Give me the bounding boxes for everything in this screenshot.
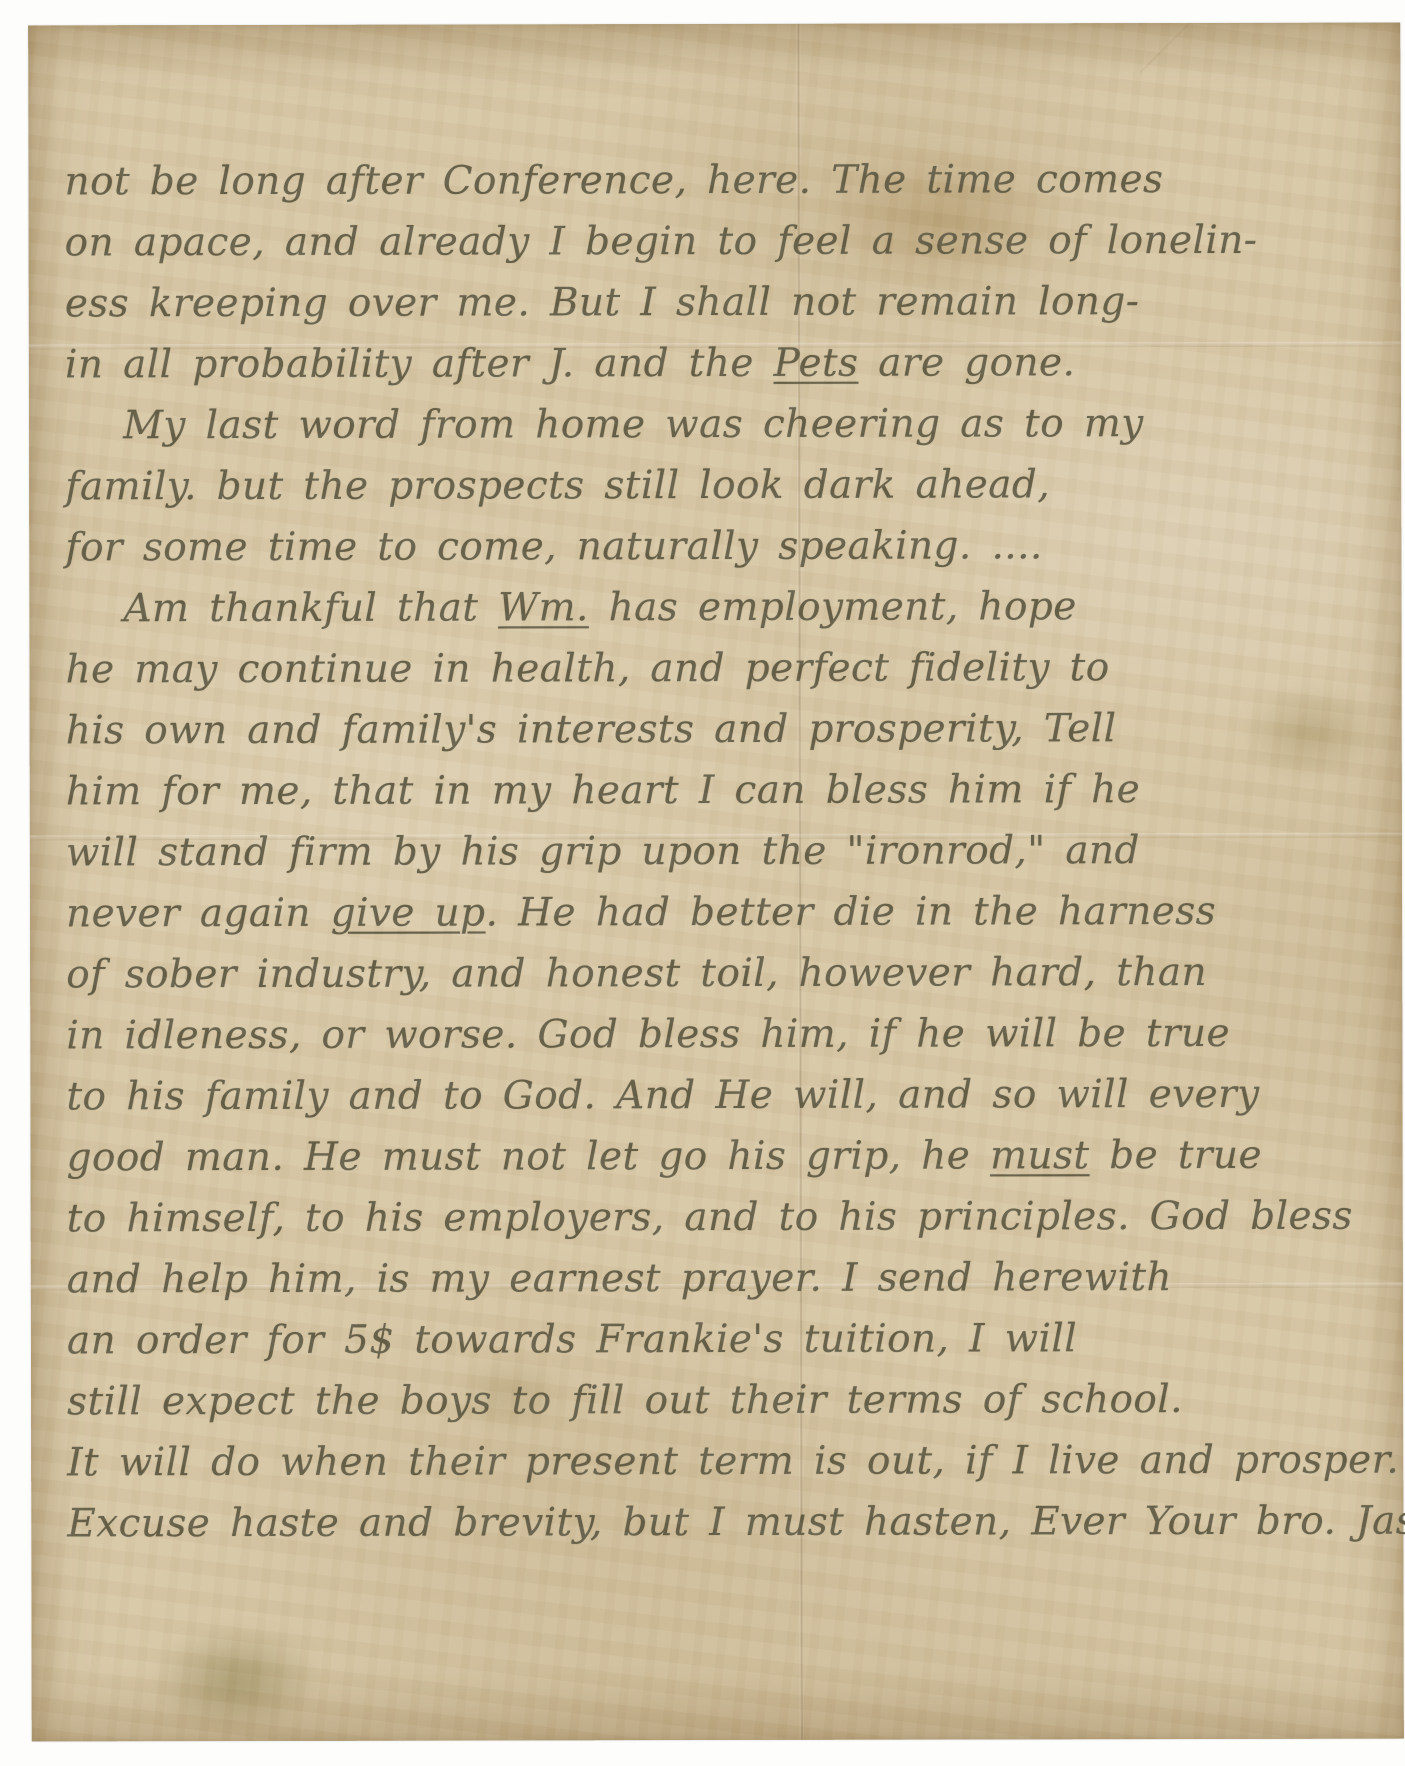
letter-text: to himself, to his employers, and to his… xyxy=(67,1194,1353,1242)
letter-text: in all probability after J. and the xyxy=(65,341,774,387)
letter-text: My last word from home was cheering as t… xyxy=(123,401,1144,448)
letter-text: and help him, is my earnest prayer. I se… xyxy=(67,1255,1172,1302)
letter-line: family. but the prospects still look dar… xyxy=(65,454,1393,518)
letter-line: for some time to come, naturally speakin… xyxy=(65,515,1393,579)
letter-line: My last word from home was cheering as t… xyxy=(65,393,1393,457)
letter-line: to himself, to his employers, and to his… xyxy=(67,1186,1395,1250)
letter-text: him for me, that in my heart I can bless… xyxy=(66,767,1140,814)
letter-text: not be long after Conference, here. The … xyxy=(64,157,1163,204)
letter-line: good man. He must not let go his grip, h… xyxy=(67,1125,1395,1189)
scan-background: not be long after Conference, here. The … xyxy=(0,0,1405,1766)
letter-line: of sober industry, and honest toil, howe… xyxy=(66,942,1394,1006)
letter-line: in idleness, or worse. God bless him, if… xyxy=(66,1003,1394,1067)
letter-line: still expect the boys to fill out their … xyxy=(67,1369,1395,1433)
letter-text: never again xyxy=(66,891,331,937)
letter-line: ess kreeping over me. But I shall not re… xyxy=(65,271,1393,335)
letter-text: Excuse haste and brevity, but I must has… xyxy=(67,1499,1405,1547)
letter-text: his own and family's interests and prosp… xyxy=(66,706,1117,753)
letter-line: his own and family's interests and prosp… xyxy=(66,698,1394,762)
letter-text: will stand firm by his grip upon the "ir… xyxy=(66,828,1140,875)
letter-line: and help him, is my earnest prayer. I se… xyxy=(67,1247,1395,1311)
letter-line: Excuse haste and brevity, but I must has… xyxy=(67,1491,1395,1555)
letter-text: still expect the boys to fill out their … xyxy=(67,1377,1183,1424)
letter-text: has employment, hope xyxy=(589,584,1077,630)
letter-text: for some time to come, naturally speakin… xyxy=(65,523,1042,570)
letter-line: in all probability after J. and the Pets… xyxy=(65,332,1393,396)
letter-text: to his family and to God. And He will, a… xyxy=(66,1072,1259,1119)
letter-line: never again give up. He had better die i… xyxy=(66,881,1394,945)
letter-text: of sober industry, and honest toil, howe… xyxy=(66,950,1207,997)
letter-text: ess kreeping over me. But I shall not re… xyxy=(65,279,1140,326)
ink-stain xyxy=(152,1625,322,1735)
underlined-word: give up xyxy=(331,890,486,935)
letter-text: in idleness, or worse. God bless him, if… xyxy=(66,1011,1230,1058)
letter-text: be true xyxy=(1089,1133,1262,1178)
letter-line: an order for 5$ towards Frankie's tuitio… xyxy=(67,1308,1395,1372)
letter-line: on apace, and already I begin to feel a … xyxy=(65,210,1393,274)
letter-line: not be long after Conference, here. The … xyxy=(64,149,1392,213)
letter-text: an order for 5$ towards Frankie's tuitio… xyxy=(67,1316,1077,1363)
letter-text: he may continue in health, and perfect f… xyxy=(66,645,1110,692)
letter-text: are gone. xyxy=(858,340,1075,385)
letter-body: not be long after Conference, here. The … xyxy=(64,149,1395,1555)
underlined-word: must xyxy=(990,1133,1089,1178)
letter-text: Am thankful that xyxy=(123,585,498,631)
letter-page: not be long after Conference, here. The … xyxy=(28,23,1404,1742)
underlined-word: Pets xyxy=(774,341,859,386)
letter-text: family. but the prospects still look dar… xyxy=(65,462,1050,509)
letter-line: he may continue in health, and perfect f… xyxy=(65,637,1393,701)
letter-line: will stand firm by his grip upon the "ir… xyxy=(66,820,1394,884)
letter-line: It will do when their present term is ou… xyxy=(67,1430,1395,1494)
letter-text: . He had better die in the harness xyxy=(485,889,1216,936)
letter-text: good man. He must not let go his grip, h… xyxy=(67,1133,991,1180)
letter-line: him for me, that in my heart I can bless… xyxy=(66,759,1394,823)
letter-text: on apace, and already I begin to feel a … xyxy=(65,218,1258,265)
letter-line: Am thankful that Wm. has employment, hop… xyxy=(65,576,1393,640)
underlined-word: Wm. xyxy=(498,585,589,630)
letter-line: to his family and to God. And He will, a… xyxy=(66,1064,1394,1128)
letter-text: It will do when their present term is ou… xyxy=(67,1438,1399,1486)
